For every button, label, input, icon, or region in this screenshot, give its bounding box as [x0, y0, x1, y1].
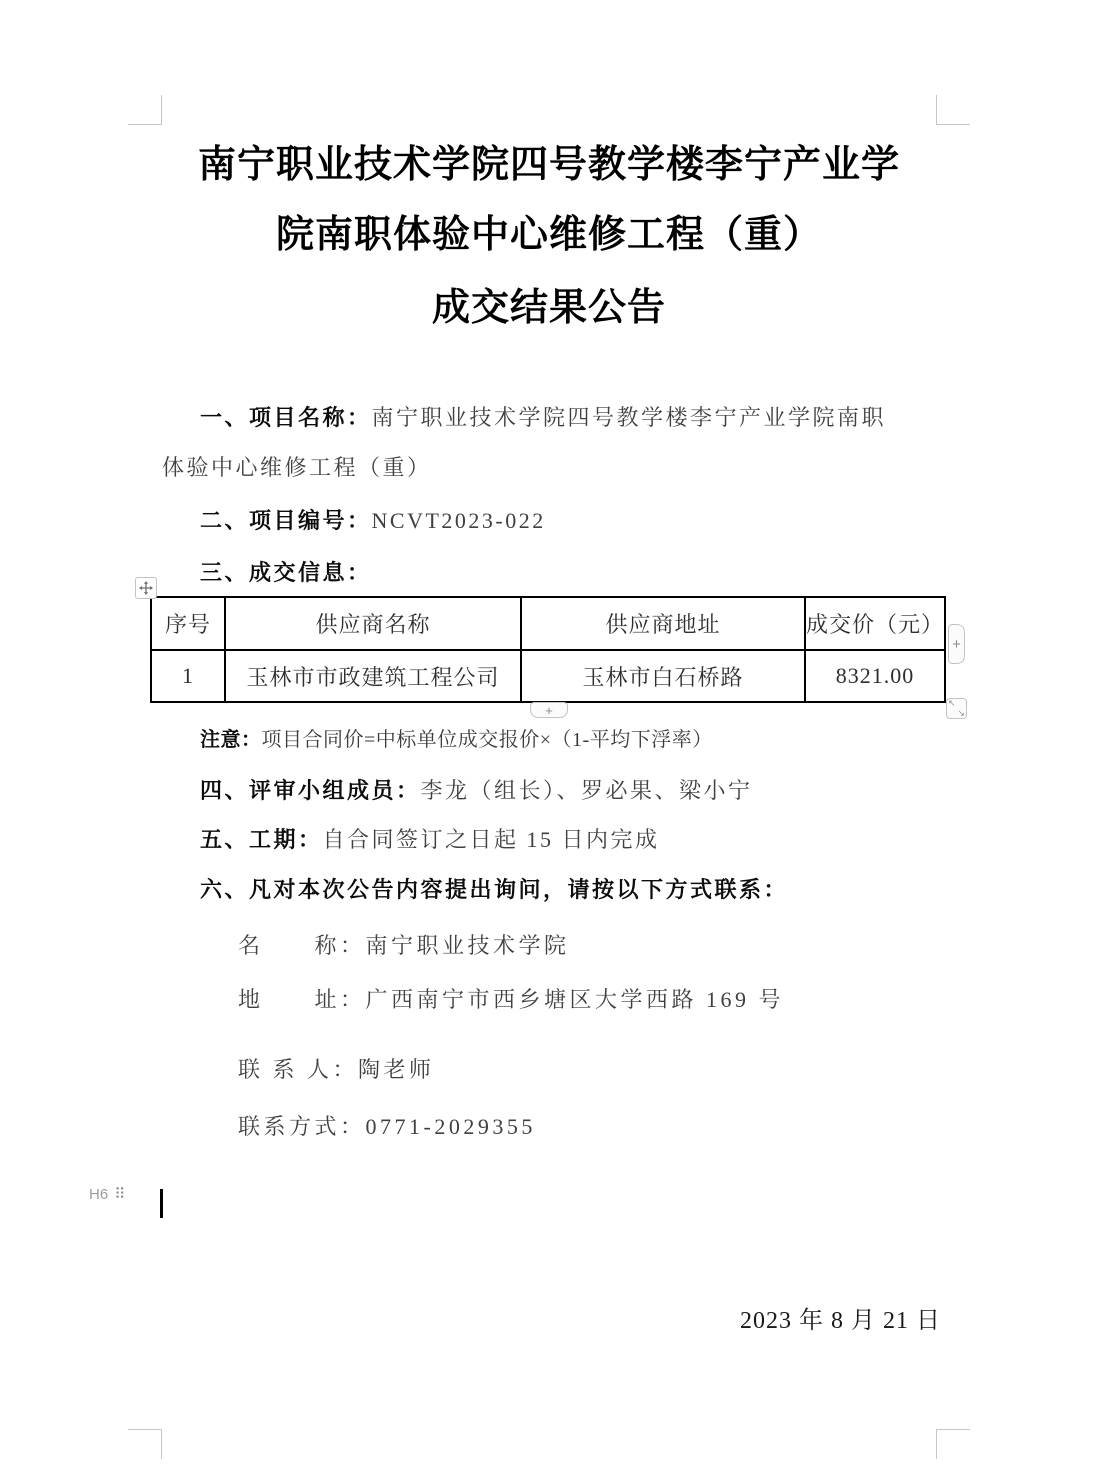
crop-mark-bottom-left-icon — [128, 1429, 162, 1459]
crop-mark-top-right-icon — [936, 95, 970, 125]
review-panel-label: 四、评审小组成员： — [200, 778, 421, 803]
table-header-price[interactable]: 成交价（元） — [805, 597, 945, 650]
deal-info-label: 三、成交信息： — [200, 560, 372, 585]
paragraph-project-name[interactable]: 一、项目名称：南宁职业技术学院四号教学楼李宁产业学院南职 — [200, 405, 886, 431]
paragraph-contact-name[interactable]: 名 称：南宁职业技术学院 — [238, 933, 570, 959]
add-column-button[interactable]: + — [948, 624, 965, 664]
table-row: 1 玉林市市政建筑工程公司 玉林市白石桥路 8321.00 — [151, 650, 945, 702]
doc-title-line-2[interactable]: 院南职体验中心维修工程（重） — [0, 214, 1098, 256]
cell-supplier[interactable]: 玉林市市政建筑工程公司 — [225, 650, 521, 702]
paragraph-review-panel[interactable]: 四、评审小组成员：李龙（组长）、罗必果、梁小宁 — [200, 778, 753, 804]
crop-mark-bottom-right-icon — [936, 1429, 970, 1459]
duration-text: 自合同签订之日起 15 日内完成 — [323, 827, 660, 852]
project-name-text: 南宁职业技术学院四号教学楼李宁产业学院南职 — [372, 405, 887, 430]
project-name-text-cont: 体验中心维修工程（重） — [162, 455, 432, 480]
block-handle: H6 ⠿ — [89, 1185, 125, 1203]
text-cursor — [160, 1189, 163, 1218]
table-header-supplier[interactable]: 供应商名称 — [225, 597, 521, 650]
review-panel-text: 李龙（组长）、罗必果、梁小宁 — [421, 778, 753, 803]
inquiry-label: 六、凡对本次公告内容提出询问，请按以下方式联系： — [200, 877, 788, 902]
paragraph-contact-phone[interactable]: 联系方式：0771-2029355 — [238, 1114, 536, 1140]
paragraph-project-number[interactable]: 二、项目编号：NCVT2023-022 — [200, 508, 546, 534]
paragraph-contact-address[interactable]: 地 址：广西南宁市西乡塘区大学西路 169 号 — [238, 987, 784, 1013]
move-icon — [139, 581, 153, 595]
paragraph-duration[interactable]: 五、工期：自合同签订之日起 15 日内完成 — [200, 827, 660, 853]
cell-address[interactable]: 玉林市白石桥路 — [521, 650, 805, 702]
contact-address-label: 地 址： — [238, 987, 366, 1012]
project-number-label: 二、项目编号： — [200, 508, 372, 533]
contact-name-label: 名 称： — [238, 933, 366, 958]
resize-nw-arrow-icon: ↖ — [948, 698, 956, 709]
contact-phone-value: 0771-2029355 — [366, 1114, 536, 1139]
document-page: 南宁职业技术学院四号教学楼李宁产业学 院南职体验中心维修工程（重） 成交结果公告… — [0, 0, 1098, 1471]
paragraph-project-name-cont[interactable]: 体验中心维修工程（重） — [162, 455, 432, 481]
note-label: 注意： — [200, 729, 262, 751]
doc-title-line-3[interactable]: 成交结果公告 — [0, 287, 1098, 329]
deal-table: 序号 供应商名称 供应商地址 成交价（元） 1 玉林市市政建筑工程公司 玉林市白… — [150, 596, 946, 703]
project-name-label: 一、项目名称： — [200, 405, 372, 430]
heading-level-badge[interactable]: H6 — [89, 1186, 108, 1203]
cell-seq[interactable]: 1 — [151, 650, 225, 702]
plus-icon: + — [545, 704, 553, 717]
drag-handle-icon[interactable]: ⠿ — [114, 1185, 125, 1203]
cell-price[interactable]: 8321.00 — [805, 650, 945, 702]
project-number-value: NCVT2023-022 — [372, 508, 546, 533]
doc-title-line-1[interactable]: 南宁职业技术学院四号教学楼李宁产业学 — [0, 144, 1098, 186]
table-header-address[interactable]: 供应商地址 — [521, 597, 805, 650]
paragraph-contact-person[interactable]: 联 系 人：陶老师 — [238, 1057, 435, 1083]
contact-phone-label: 联系方式： — [238, 1114, 366, 1139]
table-move-handle[interactable] — [135, 577, 157, 599]
plus-icon: + — [952, 636, 961, 653]
table-header-row: 序号 供应商名称 供应商地址 成交价（元） — [151, 597, 945, 650]
crop-mark-top-left-icon — [128, 95, 162, 125]
table-header-seq[interactable]: 序号 — [151, 597, 225, 650]
contact-person-value: 陶老师 — [358, 1057, 435, 1082]
contact-address-value: 广西南宁市西乡塘区大学西路 169 号 — [366, 987, 785, 1012]
note-text: 项目合同价=中标单位成交报价×（1-平均下浮率） — [262, 729, 713, 751]
table-resize-handle[interactable]: ↖ ↘ — [946, 698, 967, 719]
paragraph-note[interactable]: 注意：项目合同价=中标单位成交报价×（1-平均下浮率） — [200, 727, 713, 753]
date-line[interactable]: 2023 年 8 月 21 日 — [740, 1300, 941, 1335]
paragraph-inquiry[interactable]: 六、凡对本次公告内容提出询问，请按以下方式联系： — [200, 877, 788, 903]
resize-se-arrow-icon: ↘ — [957, 708, 965, 719]
contact-person-label: 联 系 人： — [238, 1057, 358, 1082]
paragraph-deal-info[interactable]: 三、成交信息： — [200, 560, 372, 586]
contact-name-value: 南宁职业技术学院 — [366, 933, 570, 958]
duration-label: 五、工期： — [200, 827, 323, 852]
add-row-button[interactable]: + — [530, 702, 568, 718]
